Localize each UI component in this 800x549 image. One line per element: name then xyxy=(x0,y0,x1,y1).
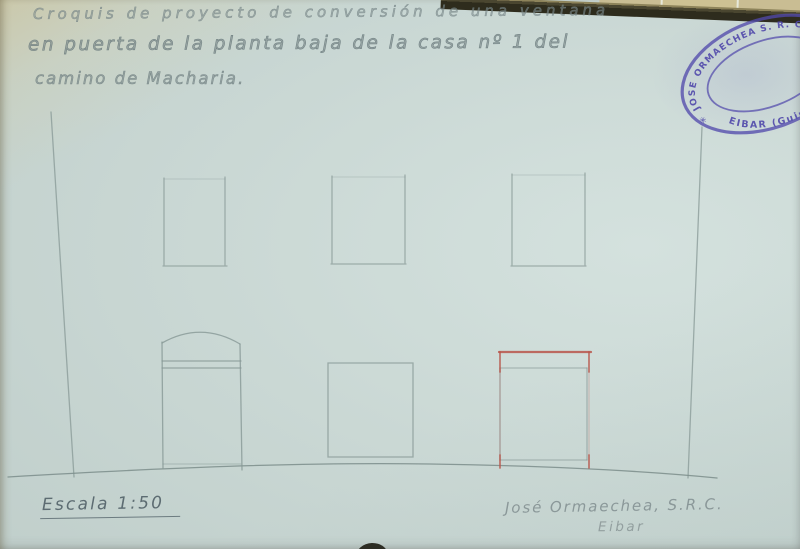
upper-window-2 xyxy=(331,175,406,264)
left-wall-line xyxy=(51,112,74,477)
arched-entry-door xyxy=(162,332,242,470)
right-wall-line xyxy=(688,127,702,478)
facade-drawing: JOSE ORMAECHEA S. R. C. EIBAR (Guipúzcoa… xyxy=(0,0,800,549)
door-transom-lines xyxy=(162,361,241,368)
stamp-top-text: JOSE ORMAECHEA S. R. C. xyxy=(672,9,800,114)
upper-window-1 xyxy=(163,177,227,266)
signature-name: José Ormaechea, S.R.C. xyxy=(505,495,724,517)
upper-window-3 xyxy=(511,173,586,266)
converted-door-red-outline xyxy=(499,352,591,468)
ground-floor-window xyxy=(328,363,413,457)
stamp: JOSE ORMAECHEA S. R. C. EIBAR (Guipúzcoa… xyxy=(666,0,800,156)
ground-line xyxy=(8,464,717,478)
scanned-croquis-page: Croquis de proyecto de conversión de una… xyxy=(0,0,800,549)
scale-label: Escala 1:50 xyxy=(40,493,181,519)
signature-city: Eibar xyxy=(598,519,645,535)
